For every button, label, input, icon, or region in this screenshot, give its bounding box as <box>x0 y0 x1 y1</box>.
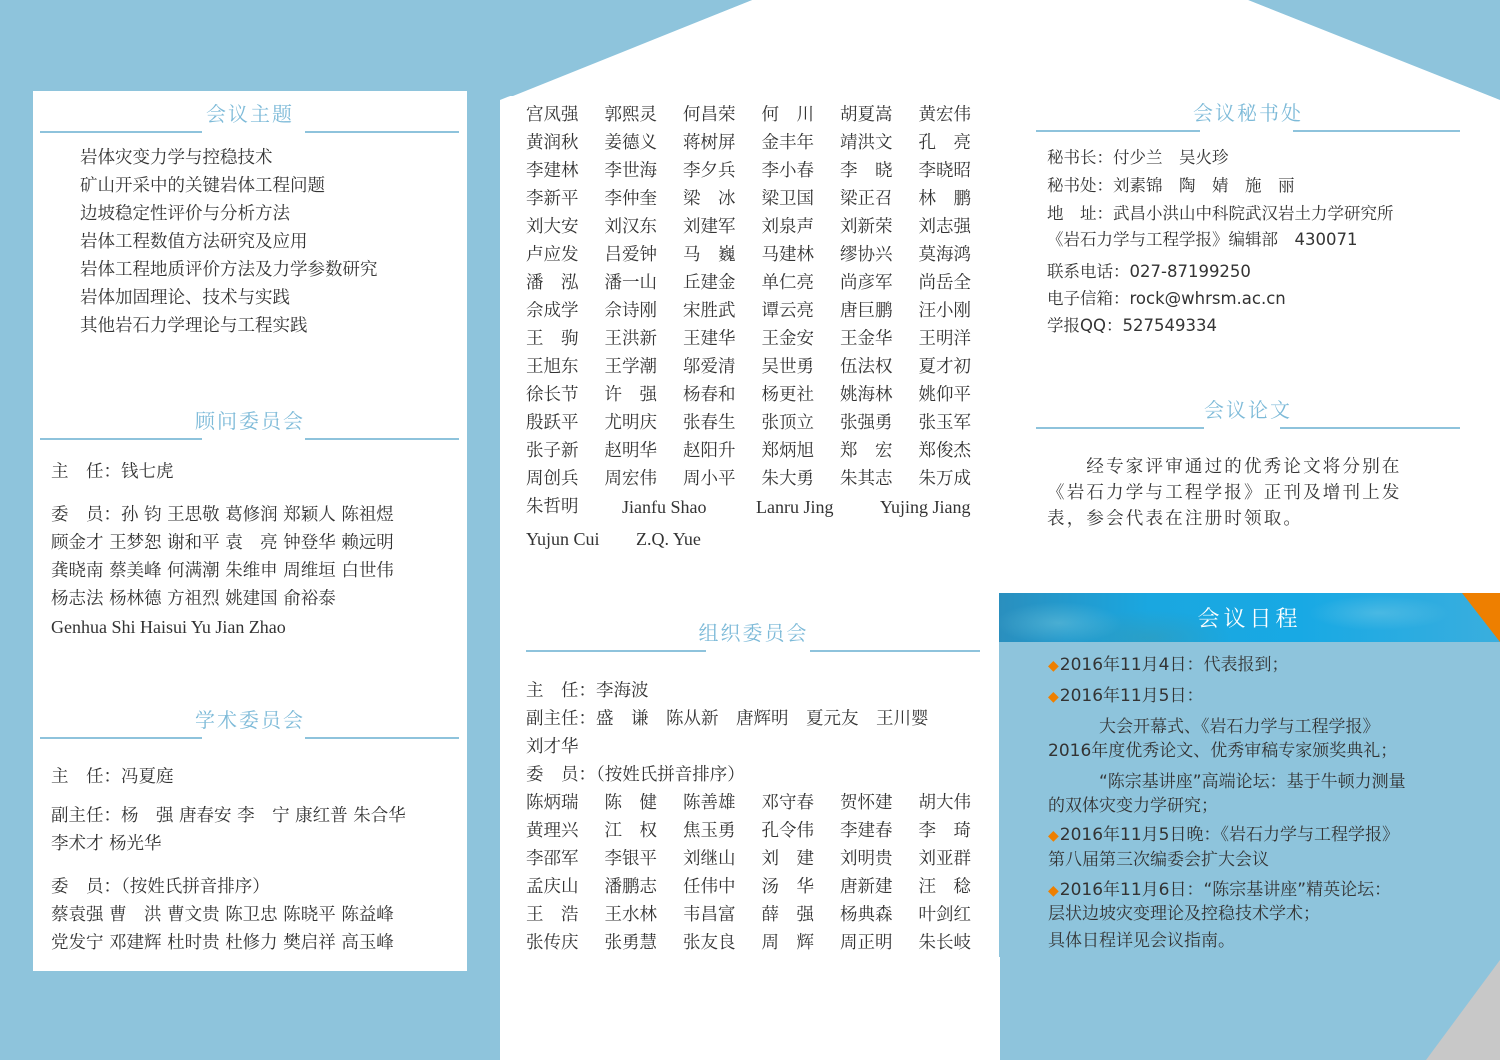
name: 孔令伟 <box>762 817 841 845</box>
academic-members-line: 党发宁 邓建辉 杜时贵 杜修力 樊启祥 高玉峰 <box>51 929 394 957</box>
organizing-section: 组织委员会 主 任：李海波 副主任：盛 谦 陈从新 唐辉明 夏元友 王川婴 刘才… <box>526 620 981 960</box>
topics-header: 会议主题 <box>33 101 467 135</box>
name: 李世海 <box>605 157 684 185</box>
qq: 学报QQ：527549334 <box>1047 312 1394 339</box>
name: 尚岳全 <box>919 269 998 297</box>
schedule-item: ◆2016年11月4日：代表报到； <box>1048 653 1289 678</box>
name: 王建华 <box>683 325 762 353</box>
names-row: 李建林李世海李夕兵李小春李 晓李晓昭 <box>526 157 1000 185</box>
papers-title: 会议论文 <box>1204 394 1292 423</box>
names-row: 宫凤强郭熙灵何昌荣何 川胡夏嵩黄宏伟 <box>526 101 1000 129</box>
schedule-item: 具体日程详见会议指南。 <box>1048 929 1235 953</box>
academic-chair: 主 任：冯夏庭 <box>51 763 174 791</box>
name: 朱其志 <box>840 465 919 493</box>
names-row: 黄理兴江 权焦玉勇孔令伟李建春李 琦 <box>526 817 997 845</box>
name: 刘汉东 <box>605 213 684 241</box>
names-row: 王旭东王学潮邬爱清吴世勇伍法权夏才初 <box>526 353 1000 381</box>
name: 胡大伟 <box>919 789 998 817</box>
schedule-item: 2016年度优秀论文、优秀审稿专家颁奖典礼； <box>1048 739 1397 763</box>
organizing-names-grid: 陈炳瑞陈 健陈善雄邓守春贺怀建胡大伟 黄理兴江 权焦玉勇孔令伟李建春李 琦 李邵… <box>526 789 997 957</box>
name: 朱万成 <box>919 465 998 493</box>
name: 邬爱清 <box>683 353 762 381</box>
topic-item: 矿山开采中的关键岩体工程问题 <box>80 172 378 200</box>
name: 许 强 <box>605 381 684 409</box>
divider <box>40 131 202 133</box>
divider <box>305 737 459 739</box>
schedule-text: 2016年11月5日： <box>1060 686 1204 706</box>
name: 潘一山 <box>605 269 684 297</box>
foreign-name: Yujun Cui <box>526 525 636 553</box>
organizing-leaders: 主 任：李海波 副主任：盛 谦 陈从新 唐辉明 夏元友 王川婴 刘才华 委 员：… <box>526 677 929 789</box>
papers-text: 经专家评审通过的优秀论文将分别在 《岩石力学与工程学报》正刊及增刊上发 表，参会… <box>1047 454 1402 532</box>
name: 何 川 <box>762 101 841 129</box>
name: 谭云亮 <box>762 297 841 325</box>
organizing-members-label: 委 员：（按姓氏拼音排序） <box>526 761 929 789</box>
name: 王金安 <box>762 325 841 353</box>
name: 周 辉 <box>762 929 841 957</box>
name: 杨典森 <box>840 901 919 929</box>
name: 卢应发 <box>526 241 605 269</box>
name: 刘泉声 <box>762 213 841 241</box>
name: 刘亚群 <box>919 845 998 873</box>
name: 刘大安 <box>526 213 605 241</box>
topic-item: 岩体灾变力学与控稳技术 <box>80 144 378 172</box>
name: 尤明庆 <box>605 409 684 437</box>
name: 张强勇 <box>840 409 919 437</box>
papers-section: 会议论文 经专家评审通过的优秀论文将分别在 《岩石力学与工程学报》正刊及增刊上发… <box>1036 397 1460 537</box>
name: 薛 强 <box>762 901 841 929</box>
name: 张春生 <box>683 409 762 437</box>
name: 李晓昭 <box>919 157 998 185</box>
advisory-members-line: 杨志法 杨林德 方祖烈 姚建国 俞裕泰 <box>51 585 394 613</box>
name: 马建林 <box>762 241 841 269</box>
name: 朱哲明 <box>526 493 622 521</box>
name: 靖洪文 <box>840 129 919 157</box>
name: 李银平 <box>605 845 684 873</box>
name: 孔 亮 <box>919 129 998 157</box>
name: 何昌荣 <box>683 101 762 129</box>
name: 姜德义 <box>605 129 684 157</box>
name: 莫海鸿 <box>919 241 998 269</box>
name: 汤 华 <box>762 873 841 901</box>
name: 叶剑红 <box>919 901 998 929</box>
name: 马 巍 <box>683 241 762 269</box>
name: 孟庆山 <box>526 873 605 901</box>
names-row: 殷跃平尤明庆张春生张顶立张强勇张玉军 <box>526 409 1000 437</box>
name: 郭熙灵 <box>605 101 684 129</box>
schedule-item: 层状边坡灾变理论及控稳技术学术； <box>1048 902 1320 926</box>
name: 刘继山 <box>683 845 762 873</box>
schedule-title: 会议日程 <box>999 593 1500 642</box>
papers-line: 经专家评审通过的优秀论文将分别在 <box>1047 454 1402 480</box>
names-row: 张传庆张勇慧张友良周 辉周正明朱长岐 <box>526 929 997 957</box>
name: 周正明 <box>840 929 919 957</box>
divider <box>810 650 980 652</box>
name: 金丰年 <box>762 129 841 157</box>
name: 张玉军 <box>919 409 998 437</box>
names-row: 王 浩王水林韦昌富薛 强杨典森叶剑红 <box>526 901 997 929</box>
name: 李建春 <box>840 817 919 845</box>
name: 王洪新 <box>605 325 684 353</box>
name: 李小春 <box>762 157 841 185</box>
name: 李 晓 <box>840 157 919 185</box>
diamond-bullet-icon: ◆ <box>1048 883 1059 899</box>
schedule-item: 的双体灾变力学研究； <box>1048 794 1218 818</box>
name: 黄润秋 <box>526 129 605 157</box>
name: 周创兵 <box>526 465 605 493</box>
name: 汪 稔 <box>919 873 998 901</box>
schedule-text: 2016年11月6日：“陈宗基讲座”精英论坛： <box>1060 880 1391 900</box>
name: 刘建军 <box>683 213 762 241</box>
name: 刘 建 <box>762 845 841 873</box>
names-row: 朱哲明 Jianfu Shao Lanru Jing Yujing Jiang <box>526 493 1000 521</box>
names-row: 佘成学佘诗刚宋胜武谭云亮唐巨鹏汪小刚 <box>526 297 1000 325</box>
name: 周小平 <box>683 465 762 493</box>
name: 郑 宏 <box>840 437 919 465</box>
name: 朱长岐 <box>919 929 998 957</box>
name: 单仁亮 <box>762 269 841 297</box>
divider <box>526 650 706 652</box>
name: 梁正召 <box>840 185 919 213</box>
schedule-item: 大会开幕式、《岩石力学与工程学报》 <box>1048 715 1380 739</box>
topics-list: 岩体灾变力学与控稳技术 矿山开采中的关键岩体工程问题 边坡稳定性评价与分析方法 … <box>80 144 378 340</box>
advisory-title: 顾问委员会 <box>195 405 305 434</box>
name: 吕爱钟 <box>605 241 684 269</box>
name: 徐长节 <box>526 381 605 409</box>
names-row: 李邵军李银平刘继山刘 建刘明贵刘亚群 <box>526 845 997 873</box>
organizing-header: 组织委员会 <box>526 620 981 654</box>
name: 李仲奎 <box>605 185 684 213</box>
names-row: 刘大安刘汉东刘建军刘泉声刘新荣刘志强 <box>526 213 1000 241</box>
academic-title: 学术委员会 <box>195 704 305 733</box>
name: 郑俊杰 <box>919 437 998 465</box>
divider <box>1293 130 1460 132</box>
names-row: 孟庆山潘鹏志任伟中汤 华唐新建汪 稔 <box>526 873 997 901</box>
name: 尚彦军 <box>840 269 919 297</box>
name: 王 浩 <box>526 901 605 929</box>
grey-corner <box>1420 960 1500 1060</box>
diamond-bullet-icon: ◆ <box>1048 658 1059 674</box>
schedule-header: 会议日程 <box>999 593 1500 642</box>
advisory-foreign-members: Genhua Shi Haisui Yu Jian Zhao <box>51 613 394 641</box>
names-row: 陈炳瑞陈 健陈善雄邓守春贺怀建胡大伟 <box>526 789 997 817</box>
names-row: 周创兵周宏伟周小平朱大勇朱其志朱万成 <box>526 465 1000 493</box>
topic-item: 边坡稳定性评价与分析方法 <box>80 200 378 228</box>
name: 姚海林 <box>840 381 919 409</box>
schedule-text: 2016年11月5日晚：《岩石力学与工程学报》 <box>1060 825 1399 845</box>
advisory-members-line: 顾金才 王梦恕 谢和平 袁 亮 钟登华 赖远明 <box>51 529 394 557</box>
foreign-name: Jianfu Shao <box>622 493 756 521</box>
name: 潘鹏志 <box>605 873 684 901</box>
academic-names-grid: 宫凤强郭熙灵何昌荣何 川胡夏嵩黄宏伟 黄润秋姜德义蒋树屏金丰年靖洪文孔 亮 李建… <box>526 101 1000 553</box>
academic-continued: 宫凤强郭熙灵何昌荣何 川胡夏嵩黄宏伟 黄润秋姜德义蒋树屏金丰年靖洪文孔 亮 李建… <box>526 101 996 561</box>
name: 李夕兵 <box>683 157 762 185</box>
name: 杨春和 <box>683 381 762 409</box>
organizing-vice-chairs: 副主任：盛 谦 陈从新 唐辉明 夏元友 王川婴 <box>526 705 929 733</box>
organizing-vice-chairs: 刘才华 <box>526 733 929 761</box>
schedule-item: ◆2016年11月6日：“陈宗基讲座”精英论坛： <box>1048 878 1391 903</box>
name: 李 琦 <box>919 817 998 845</box>
topic-item: 岩体工程数值方法研究及应用 <box>80 228 378 256</box>
name: 王明洋 <box>919 325 998 353</box>
secretariat-staff: 秘书处：刘素锦 陶 婧 施 丽 <box>1047 172 1394 200</box>
schedule-item: ◆2016年11月5日： <box>1048 684 1204 709</box>
divider <box>40 438 202 440</box>
name: 佘成学 <box>526 297 605 325</box>
name: 李建林 <box>526 157 605 185</box>
name: 林 鹏 <box>919 185 998 213</box>
name: 王金华 <box>840 325 919 353</box>
schedule-text: 2016年11月4日：代表报到； <box>1060 655 1289 675</box>
name: 邓守春 <box>762 789 841 817</box>
name: 黄宏伟 <box>919 101 998 129</box>
foreign-name: Yujing Jiang <box>880 493 1000 521</box>
advisory-header: 顾问委员会 <box>33 408 467 442</box>
names-row: 卢应发吕爱钟马 巍马建林缪协兴莫海鸿 <box>526 241 1000 269</box>
name: 梁 冰 <box>683 185 762 213</box>
name: 缪协兴 <box>840 241 919 269</box>
advisory-members-line: 龚晓南 蔡美峰 何满潮 朱维申 周维垣 白世伟 <box>51 557 394 585</box>
divider <box>305 438 459 440</box>
schedule-item: “陈宗基讲座”高端论坛：基于牛顿力测量 <box>1048 770 1406 794</box>
names-row: 徐长节许 强杨春和杨更社姚海林姚仰平 <box>526 381 1000 409</box>
name: 周宏伟 <box>605 465 684 493</box>
name: 郑炳旭 <box>762 437 841 465</box>
name: 蒋树屏 <box>683 129 762 157</box>
name: 赵阳升 <box>683 437 762 465</box>
phone: 联系电话：027-87199250 <box>1047 258 1394 285</box>
name: 黄理兴 <box>526 817 605 845</box>
names-row: 张子新赵明华赵阳升郑炳旭郑 宏郑俊杰 <box>526 437 1000 465</box>
secretary-general: 秘书长：付少兰 吴火珍 <box>1047 144 1394 172</box>
secretariat-section: 会议秘书处 秘书长：付少兰 吴火珍 秘书处：刘素锦 陶 婧 施 丽 地 址：武昌… <box>1036 100 1460 340</box>
topic-item: 岩体加固理论、技术与实践 <box>80 284 378 312</box>
diamond-bullet-icon: ◆ <box>1048 828 1059 844</box>
name: 张传庆 <box>526 929 605 957</box>
name: 张勇慧 <box>605 929 684 957</box>
name: 陈善雄 <box>683 789 762 817</box>
schedule-item: 第八届第三次编委会扩大会议 <box>1048 848 1269 872</box>
name: 吴世勇 <box>762 353 841 381</box>
papers-line: 表，参会代表在注册时领取。 <box>1047 506 1402 532</box>
name: 殷跃平 <box>526 409 605 437</box>
academic-members-line: 蔡袁强 曹 洪 曹文贵 陈卫忠 陈晓平 陈益峰 <box>51 901 394 929</box>
name: 韦昌富 <box>683 901 762 929</box>
divider <box>1280 427 1460 429</box>
papers-header: 会议论文 <box>1036 397 1460 431</box>
name: 赵明华 <box>605 437 684 465</box>
name: 梁卫国 <box>762 185 841 213</box>
left-card: 会议主题 岩体灾变力学与控稳技术 矿山开采中的关键岩体工程问题 边坡稳定性评价与… <box>33 91 467 971</box>
divider <box>1036 130 1200 132</box>
topics-title: 会议主题 <box>206 98 294 127</box>
name: 张子新 <box>526 437 605 465</box>
academic-vice-chair-line: 李术才 杨光华 <box>51 830 406 858</box>
divider <box>40 737 202 739</box>
academic-members: 委 员：（按姓氏拼音排序） 蔡袁强 曹 洪 曹文贵 陈卫忠 陈晓平 陈益峰 党发… <box>51 873 394 957</box>
name: 刘志强 <box>919 213 998 241</box>
academic-header: 学术委员会 <box>33 707 467 741</box>
name: 王水林 <box>605 901 684 929</box>
schedule-item: ◆2016年11月5日晚：《岩石力学与工程学报》 <box>1048 823 1399 848</box>
name: 刘明贵 <box>840 845 919 873</box>
advisory-members-line: 委 员：孙 钧 王思敬 葛修润 郑颖人 陈祖煜 <box>51 501 394 529</box>
name: 王 驹 <box>526 325 605 353</box>
name: 夏才初 <box>919 353 998 381</box>
name: 王学潮 <box>605 353 684 381</box>
foreign-name: Lanru Jing <box>756 493 880 521</box>
divider <box>1036 427 1204 429</box>
topic-item: 岩体工程地质评价方法及力学参数研究 <box>80 256 378 284</box>
name: 汪小刚 <box>919 297 998 325</box>
name: 任伟中 <box>683 873 762 901</box>
academic-vice-chairs: 副主任：杨 强 唐春安 李 宁 康红普 朱合华 李术才 杨光华 <box>51 802 406 858</box>
name: 李新平 <box>526 185 605 213</box>
diamond-bullet-icon: ◆ <box>1048 689 1059 705</box>
names-row: 王 驹王洪新王建华王金安王金华王明洋 <box>526 325 1000 353</box>
name: 李邵军 <box>526 845 605 873</box>
name: 王旭东 <box>526 353 605 381</box>
email-link[interactable]: 电子信箱：rock@whrsm.ac.cn <box>1047 285 1394 312</box>
topic-item: 其他岩石力学理论与工程实践 <box>80 312 378 340</box>
name: 江 权 <box>605 817 684 845</box>
name: 姚仰平 <box>919 381 998 409</box>
academic-vice-chair-line: 副主任：杨 强 唐春安 李 宁 康红普 朱合华 <box>51 802 406 830</box>
names-row: 李新平李仲奎梁 冰梁卫国梁正召林 鹏 <box>526 185 1000 213</box>
advisory-members: 委 员：孙 钧 王思敬 葛修润 郑颖人 陈祖煜 顾金才 王梦恕 谢和平 袁 亮 … <box>51 501 394 641</box>
name: 刘新荣 <box>840 213 919 241</box>
name: 陈 健 <box>605 789 684 817</box>
organizing-chair: 主 任：李海波 <box>526 677 929 705</box>
name: 杨更社 <box>762 381 841 409</box>
organizing-title: 组织委员会 <box>699 617 809 646</box>
name: 朱大勇 <box>762 465 841 493</box>
divider <box>305 131 459 133</box>
name: 贺怀建 <box>840 789 919 817</box>
academic-members-label: 委 员：（按姓氏拼音排序） <box>51 873 394 901</box>
advisory-chair: 主 任：钱七虎 <box>51 458 174 486</box>
name: 焦玉勇 <box>683 817 762 845</box>
foreign-name: Z.Q. Yue <box>636 525 756 553</box>
papers-line: 《岩石力学与工程学报》正刊及增刊上发 <box>1047 480 1402 506</box>
name: 宫凤强 <box>526 101 605 129</box>
name: 伍法权 <box>840 353 919 381</box>
secretariat-header: 会议秘书处 <box>1036 100 1460 134</box>
address: 地 址：武昌小洪山中科院武汉岩土力学研究所 <box>1047 200 1394 228</box>
name: 张顶立 <box>762 409 841 437</box>
schedule-body: ◆2016年11月4日：代表报到； ◆2016年11月5日： 大会开幕式、《岩石… <box>999 642 1500 957</box>
secretariat-title: 会议秘书处 <box>1193 97 1303 126</box>
name: 丘建金 <box>683 269 762 297</box>
address-line2: 《岩石力学与工程学报》编辑部 430071 <box>1047 228 1394 252</box>
name: 张友良 <box>683 929 762 957</box>
names-row: Yujun Cui Z.Q. Yue <box>526 525 1000 553</box>
secretariat-info: 秘书长：付少兰 吴火珍 秘书处：刘素锦 陶 婧 施 丽 地 址：武昌小洪山中科院… <box>1047 144 1394 339</box>
name: 潘 泓 <box>526 269 605 297</box>
name: 佘诗刚 <box>605 297 684 325</box>
name: 宋胜武 <box>683 297 762 325</box>
name: 唐巨鹏 <box>840 297 919 325</box>
name: 胡夏嵩 <box>840 101 919 129</box>
name: 陈炳瑞 <box>526 789 605 817</box>
names-row: 黄润秋姜德义蒋树屏金丰年靖洪文孔 亮 <box>526 129 1000 157</box>
name: 唐新建 <box>840 873 919 901</box>
names-row: 潘 泓潘一山丘建金单仁亮尚彦军尚岳全 <box>526 269 1000 297</box>
